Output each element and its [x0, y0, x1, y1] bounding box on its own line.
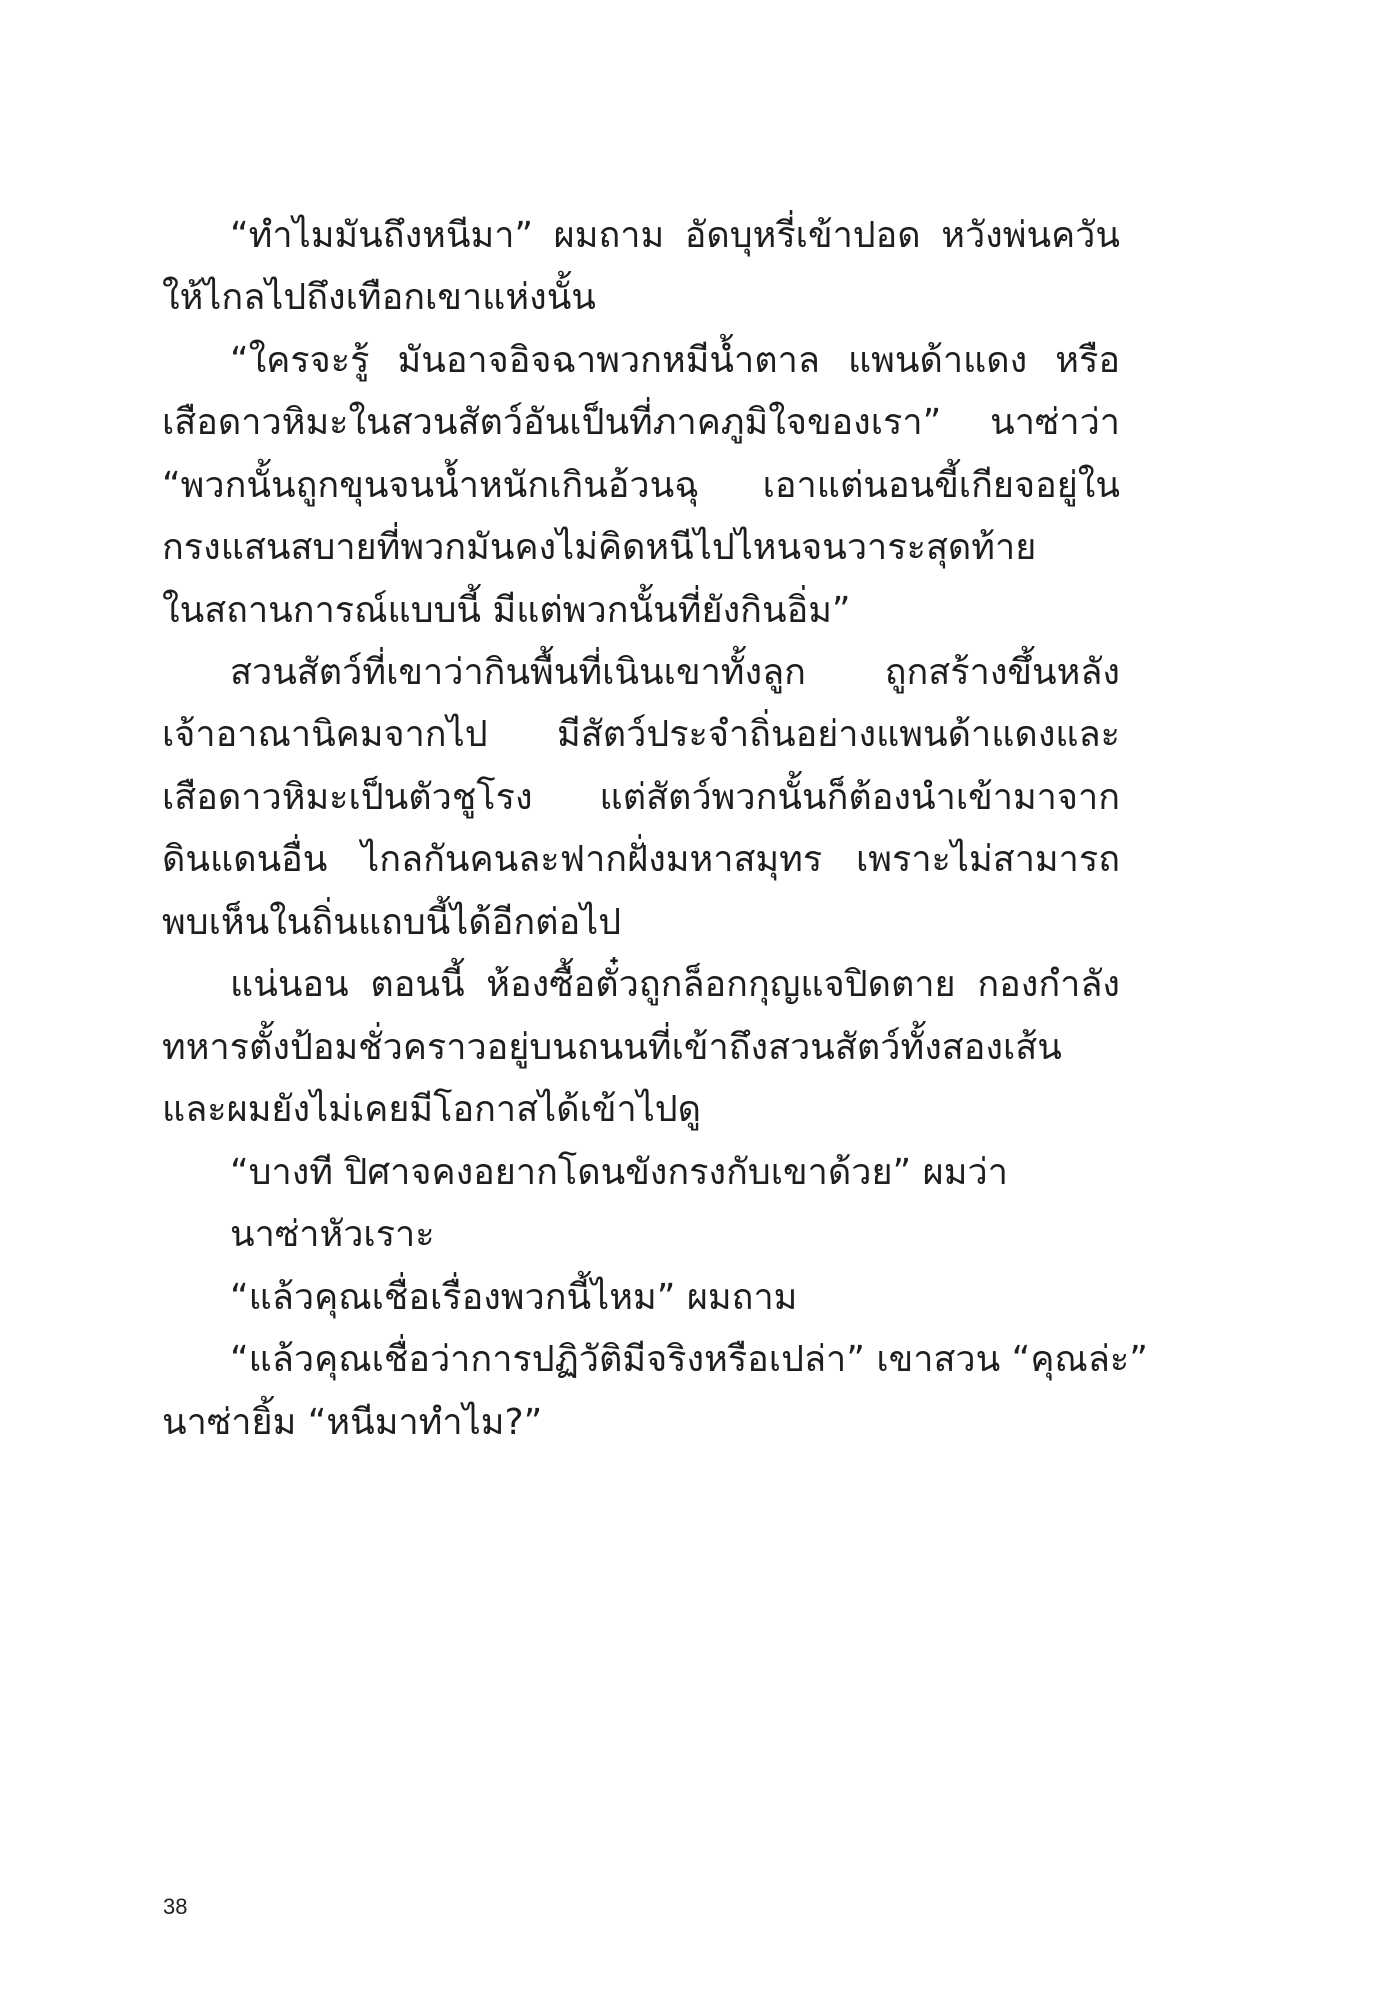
page-number: 38 [163, 1893, 187, 1921]
text-line-13: แน่นอน ตอนนี้ ห้องซื้อตั๋วถูกล็อกกุญแจปิ… [230, 954, 1120, 1016]
text-line-18: “แล้วคุณเชื่อเรื่องพวกนี้ไหม” ผมถาม [230, 1267, 797, 1329]
text-line-19: “แล้วคุณเชื่อว่าการปฏิวัติมีจริงหรือเปล่… [230, 1329, 1120, 1391]
text-line-14: ทหารตั้งป้อมชั่วคราวอยู่บนถนนที่เข้าถึงส… [162, 1017, 1120, 1079]
text-line-16: “บางที ปิศาจคงอยากโดนขังกรงกับเขาด้วย” ผ… [230, 1142, 1008, 1204]
text-line-3: “ใครจะรู้ มันอาจอิจฉาพวกหมีน้ำตาล แพนด้า… [230, 330, 1120, 392]
text-line-4: เสือดาวหิมะในสวนสัตว์อันเป็นที่ภาคภูมิใจ… [162, 392, 1120, 454]
text-line-1: “ทำไมมันถึงหนีมา” ผมถาม อัดบุหรี่เข้าปอด… [230, 205, 1120, 267]
text-line-9: เจ้าอาณานิคมจากไป มีสัตว์ประจำถิ่นอย่างแ… [162, 704, 1120, 766]
text-line-12: พบเห็นในถิ่นแถบนี้ได้อีกต่อไป [162, 892, 621, 954]
text-line-8: สวนสัตว์ที่เขาว่ากินพื้นที่เนินเขาทั้งลู… [230, 642, 1120, 704]
text-line-7: ในสถานการณ์แบบนี้ มีแต่พวกนั้นที่ยังกินอ… [162, 580, 851, 642]
text-line-2: ให้ไกลไปถึงเทือกเขาแห่งนั้น [162, 267, 596, 329]
text-line-6: กรงแสนสบายที่พวกมันคงไม่คิดหนีไปไหนจนวาร… [162, 517, 1120, 579]
text-line-15: และผมยังไม่เคยมีโอกาสได้เข้าไปดู [162, 1079, 701, 1141]
book-page: “ทำไมมันถึงหนีมา” ผมถาม อัดบุหรี่เข้าปอด… [0, 0, 1400, 2015]
text-line-17: นาซ่าหัวเราะ [230, 1204, 435, 1266]
text-line-5: “พวกนั้นถูกขุนจนน้ำหนักเกินอ้วนฉุ เอาแต่… [162, 455, 1120, 517]
text-line-20: นาซ่ายิ้ม “หนีมาทำไม?” [162, 1392, 542, 1454]
text-line-11: ดินแดนอื่น ไกลกันคนละฟากฝั่งมหาสมุทร เพร… [162, 829, 1120, 891]
text-line-10: เสือดาวหิมะเป็นตัวชูโรง แต่สัตว์พวกนั้นก… [162, 767, 1120, 829]
